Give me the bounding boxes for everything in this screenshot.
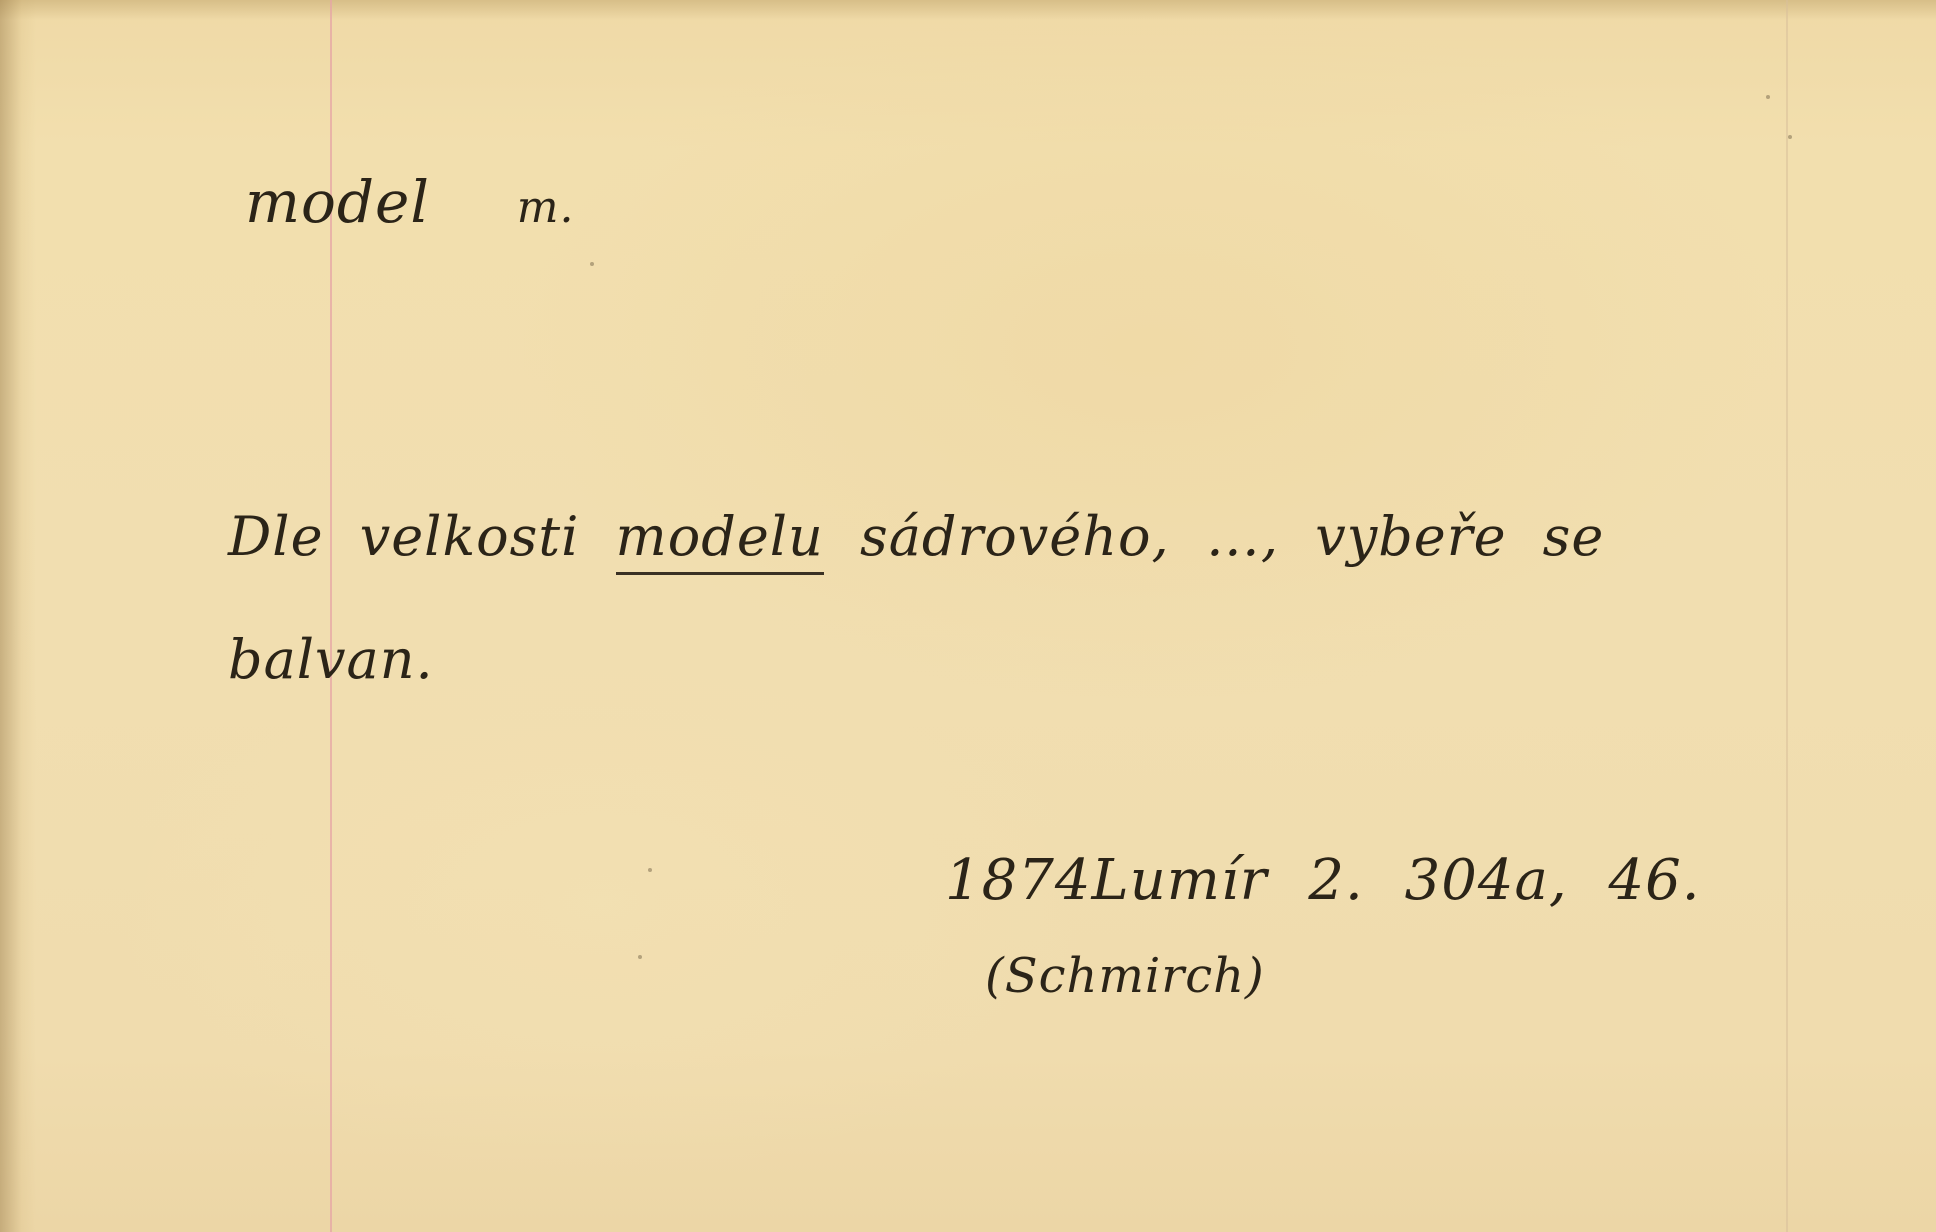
source-year: 1874 — [945, 848, 1092, 913]
headword-text: model — [245, 168, 430, 236]
paper-top-edge — [0, 0, 1936, 20]
source-page-ref: 2. 304a, 46. — [1308, 848, 1700, 913]
paper-speck — [648, 868, 652, 872]
source-reference: 1874Lumír 2. 304a, 46. — [945, 848, 1701, 913]
grammar-label: m. — [517, 182, 575, 233]
citation-keyword: modelu — [616, 505, 824, 575]
paper-speck — [590, 262, 594, 266]
citation-line-1: Dle velkosti modelu sádrového, …, vybeře… — [228, 505, 1604, 568]
citation-word-dle: Dle — [228, 505, 324, 568]
paper-left-edge — [0, 0, 36, 1232]
author-name: (Schmirch) — [985, 948, 1265, 1004]
paper-speck — [1788, 135, 1792, 139]
citation-word-velkosti: velkosti — [360, 505, 580, 568]
headword: model m. — [245, 168, 575, 236]
paper-speck — [638, 955, 642, 959]
paper-speck — [1766, 95, 1770, 99]
right-margin-line — [1786, 0, 1788, 1232]
source-publication: Lumír — [1092, 848, 1268, 913]
citation-line-2: balvan. — [228, 628, 434, 691]
citation-rest: sádrového, …, vybeře se — [860, 505, 1604, 568]
